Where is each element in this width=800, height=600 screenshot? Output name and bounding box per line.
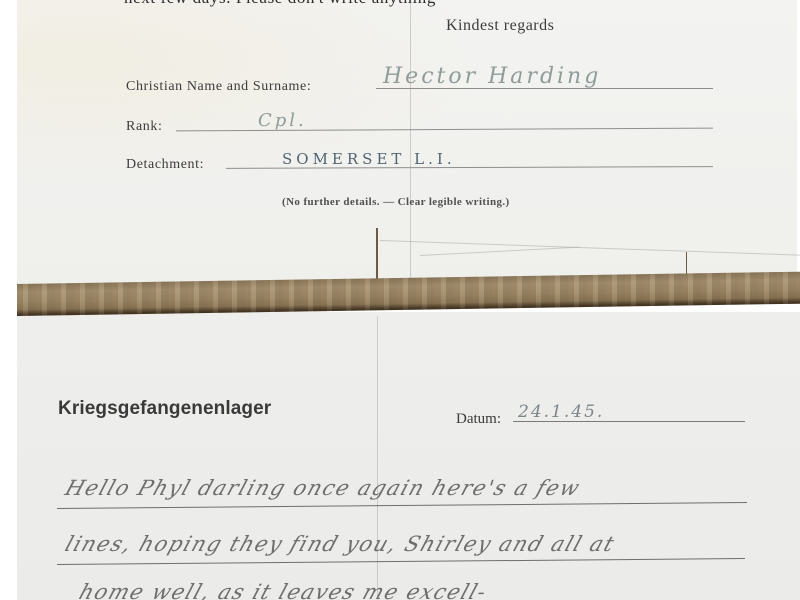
handwritten-date: 24.1.45. [518, 402, 604, 422]
letter-text-line-1: Hello Phyl darling once again here's a f… [62, 476, 584, 500]
paper-tear [376, 228, 378, 286]
letter-sheet [17, 312, 800, 600]
field-label-detachment: Detachment: [126, 157, 204, 173]
field-label-rank: Rank: [126, 119, 162, 135]
handwritten-name: Hector Harding [383, 64, 601, 89]
handwritten-detachment: SOMERSET L.I. [282, 150, 456, 168]
cut-off-instruction-text: next few days. Please don't write anythi… [124, 0, 436, 8]
vertical-fold-bottom [377, 316, 378, 600]
closing-kindest-regards: Kindest regards [446, 17, 554, 35]
date-label: Datum: [456, 411, 501, 428]
writing-instruction-note: (No further details. — Clear legible wri… [282, 196, 510, 208]
letter-text-line-2: lines, hoping they find you, Shirley and… [62, 532, 618, 556]
handwritten-rank: Cpl. [258, 110, 307, 131]
letter-text-line-3: home well, as it leaves me excell- [76, 580, 490, 600]
camp-heading: Kriegsgefangenenlager [58, 398, 271, 420]
top-form-sheet [17, 0, 797, 288]
field-label-name: Christian Name and Surname: [126, 79, 311, 95]
